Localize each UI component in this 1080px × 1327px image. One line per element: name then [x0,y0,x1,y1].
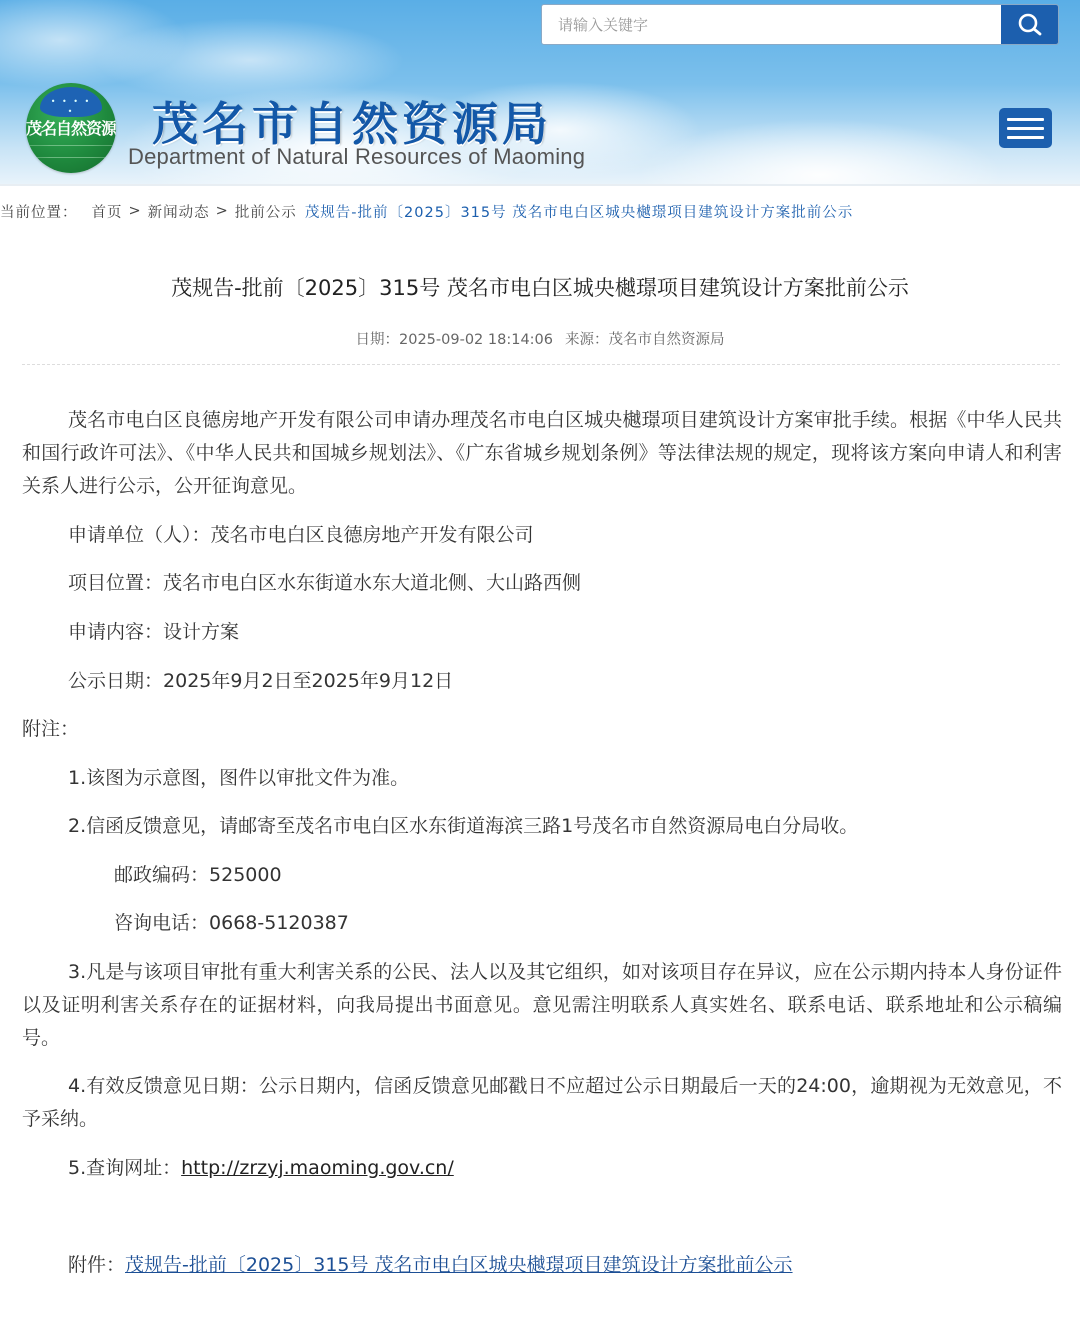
header-divider [0,184,1080,186]
site-subtitle: Department of Natural Resources of Maomi… [128,144,585,170]
note-4: 4.有效反馈意见日期：公示日期内，信函反馈意见邮戳日不应超过公示日期最后一天的2… [22,1070,1062,1136]
field-period: 公示日期：2025年9月2日至2025年9月12日 [68,665,453,698]
phone-label: 咨询电话： [114,912,209,934]
field-applicant: 申请单位（人）：茂名市电白区良德房地产开发有限公司 [68,519,534,552]
note-3: 3.凡是与该项目审批有重大利害关系的公民、法人以及其它组织，如对该项目存在异议，… [22,956,1062,1055]
source-label: 来源： [565,332,609,348]
field-content: 申请内容：设计方案 [68,616,239,649]
logo-dots: • • • • • [46,97,96,107]
field-label: 申请单位（人）： [68,524,211,546]
field-label: 公示日期： [68,670,163,692]
attachment-label: 附件： [68,1254,125,1276]
breadcrumb: 当前位置： 首页 > 新闻动态 > 批前公示 茂规告-批前〔2025〕315号 … [0,200,853,222]
field-value: 茂名市电白区良德房地产开发有限公司 [211,524,534,546]
field-label: 项目位置： [68,572,163,594]
field-label: 申请内容： [68,621,163,643]
source-value: 茂名市自然资源局 [609,332,725,348]
field-value: 茂名市电白区水东街道水东大道北侧、大山路西侧 [163,572,581,594]
site-logo[interactable]: • • • • • 茂名自然资源 [26,83,116,173]
phone-value: 0668-5120387 [209,912,349,934]
search-icon [1017,12,1043,38]
logo-line [26,157,116,158]
publish-date: 2025-09-02 18:14:06 [399,332,553,348]
date-label: 日期： [356,332,400,348]
breadcrumb-separator: > [129,203,142,219]
postcode-label: 邮政编码： [114,864,209,886]
note-1: 1.该图为示意图，图件以审批文件为准。 [68,762,409,795]
search-input[interactable] [542,5,1001,44]
postcode-value: 525000 [209,864,282,886]
logo-line [26,145,116,146]
breadcrumb-separator: > [216,203,229,219]
search-bar [541,4,1059,45]
attachment: 附件：茂规告-批前〔2025〕315号 茂名市电白区城央樾璟项目建筑设计方案批前… [68,1249,793,1282]
breadcrumb-pre-approval[interactable]: 批前公示 [235,201,297,222]
meta-divider [22,364,1060,365]
postcode: 邮政编码：525000 [114,859,282,892]
field-location: 项目位置：茂名市电白区水东街道水东大道北侧、大山路西侧 [68,567,581,600]
notes-label: 附注： [22,713,79,746]
field-value: 设计方案 [163,621,239,643]
breadcrumb-home[interactable]: 首页 [92,201,123,222]
phone: 咨询电话：0668-5120387 [114,907,349,940]
logo-text: 茂名自然资源 [26,116,116,139]
attachment-link[interactable]: 茂规告-批前〔2025〕315号 茂名市电白区城央樾璟项目建筑设计方案批前公示 [125,1254,793,1276]
hamburger-menu-icon-bar [1007,136,1044,139]
hamburger-menu-icon-bar [1007,127,1044,130]
field-value: 2025年9月2日至2025年9月12日 [163,670,453,692]
article-title: 茂规告-批前〔2025〕315号 茂名市电白区城央樾璟项目建筑设计方案批前公示 [0,272,1080,302]
note-2: 2.信函反馈意见，请邮寄至茂名市电白区水东街道海滨三路1号茂名市自然资源局电白分… [68,810,858,843]
search-button[interactable] [1001,5,1058,44]
hamburger-menu-icon-bar [1007,118,1044,121]
intro-paragraph: 茂名市电白区良德房地产开发有限公司申请办理茂名市电白区城央樾璟项目建筑设计方案审… [22,404,1062,503]
note-5: 5.查询网址：http://zrzyj.maoming.gov.cn/ [68,1152,454,1185]
breadcrumb-label: 当前位置： [0,201,78,222]
query-url-link[interactable]: http://zrzyj.maoming.gov.cn/ [181,1157,454,1179]
breadcrumb-news[interactable]: 新闻动态 [148,201,210,222]
breadcrumb-current[interactable]: 茂规告-批前〔2025〕315号 茂名市电白区城央樾璟项目建筑设计方案批前公示 [305,201,853,222]
query-url-label: 5.查询网址： [68,1157,181,1179]
article-meta: 日期：2025-09-02 18:14:06来源：茂名市自然资源局 [0,328,1080,349]
menu-button[interactable] [999,108,1052,148]
